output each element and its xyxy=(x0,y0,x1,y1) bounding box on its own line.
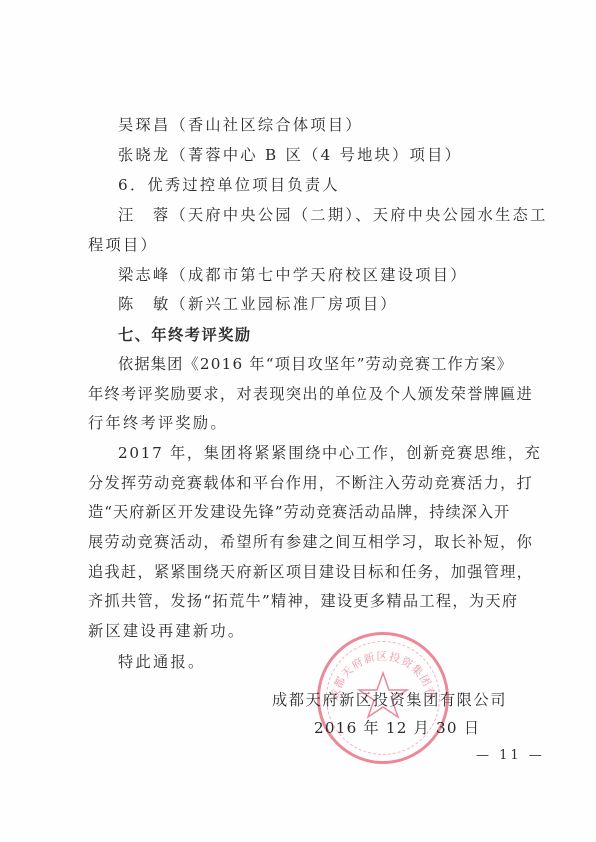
paragraph-line: 行年终考评奖励。 xyxy=(88,413,228,433)
text-line: 陈 敏（新兴工业园标准厂房项目） xyxy=(118,294,398,314)
text-line: 汪 蓉（天府中央公园（二期）、天府中央公园水生态工 xyxy=(118,205,548,225)
document-page: 吴琛昌（香山社区综合体项目） 张晓龙（菁蓉中心 B 区（4 号地块）项目） 6．… xyxy=(0,0,596,842)
paragraph-line: 展劳动竞赛活动，希望所有参建之间互相学习，取长补短，你 xyxy=(88,532,533,552)
text-line: 程项目） xyxy=(88,235,158,255)
closing-line: 特此通报。 xyxy=(118,652,205,672)
text-line: 张晓龙（菁蓉中心 B 区（4 号地块）项目） xyxy=(118,145,462,165)
page-number: — 11 — xyxy=(476,748,545,763)
text-line: 梁志峰（成都市第七中学天府校区建设项目） xyxy=(118,265,468,285)
section-heading: 七、年终考评奖励 xyxy=(118,325,252,345)
paragraph-line: 2017 年，集团将紧紧围绕中心工作，创新竞赛思维，充 xyxy=(118,443,542,463)
paragraph-line: 新区建设再建新功。 xyxy=(88,621,245,641)
paragraph-line: 分发挥劳动竞赛载体和平台作用，不断注入劳动竞赛活力，打 xyxy=(88,473,533,493)
signature-organization: 成都天府新区投资集团有限公司 xyxy=(272,690,507,710)
signature-date: 2016 年 12 月 30 日 xyxy=(314,718,480,738)
paragraph-line: 年终考评奖励要求，对表现突出的单位及个人颁发荣誉牌匾进 xyxy=(88,384,533,404)
paragraph-line: 造“天府新区开发建设先锋”劳动竞赛活动品牌，持续深入开 xyxy=(88,502,510,522)
paragraph-line: 齐抓共管，发扬“拓荒牛”精神，建设更多精品工程，为天府 xyxy=(88,591,518,611)
paragraph-line: 依据集团《2016 年“项目攻坚年”劳动竞赛工作方案》 xyxy=(118,354,513,374)
text-line: 吴琛昌（香山社区综合体项目） xyxy=(118,115,363,135)
section-subheading: 6．优秀过控单位项目负责人 xyxy=(118,175,340,195)
paragraph-line: 追我赶，紧紧围绕天府新区项目建设目标和任务，加强管理， xyxy=(88,562,533,582)
